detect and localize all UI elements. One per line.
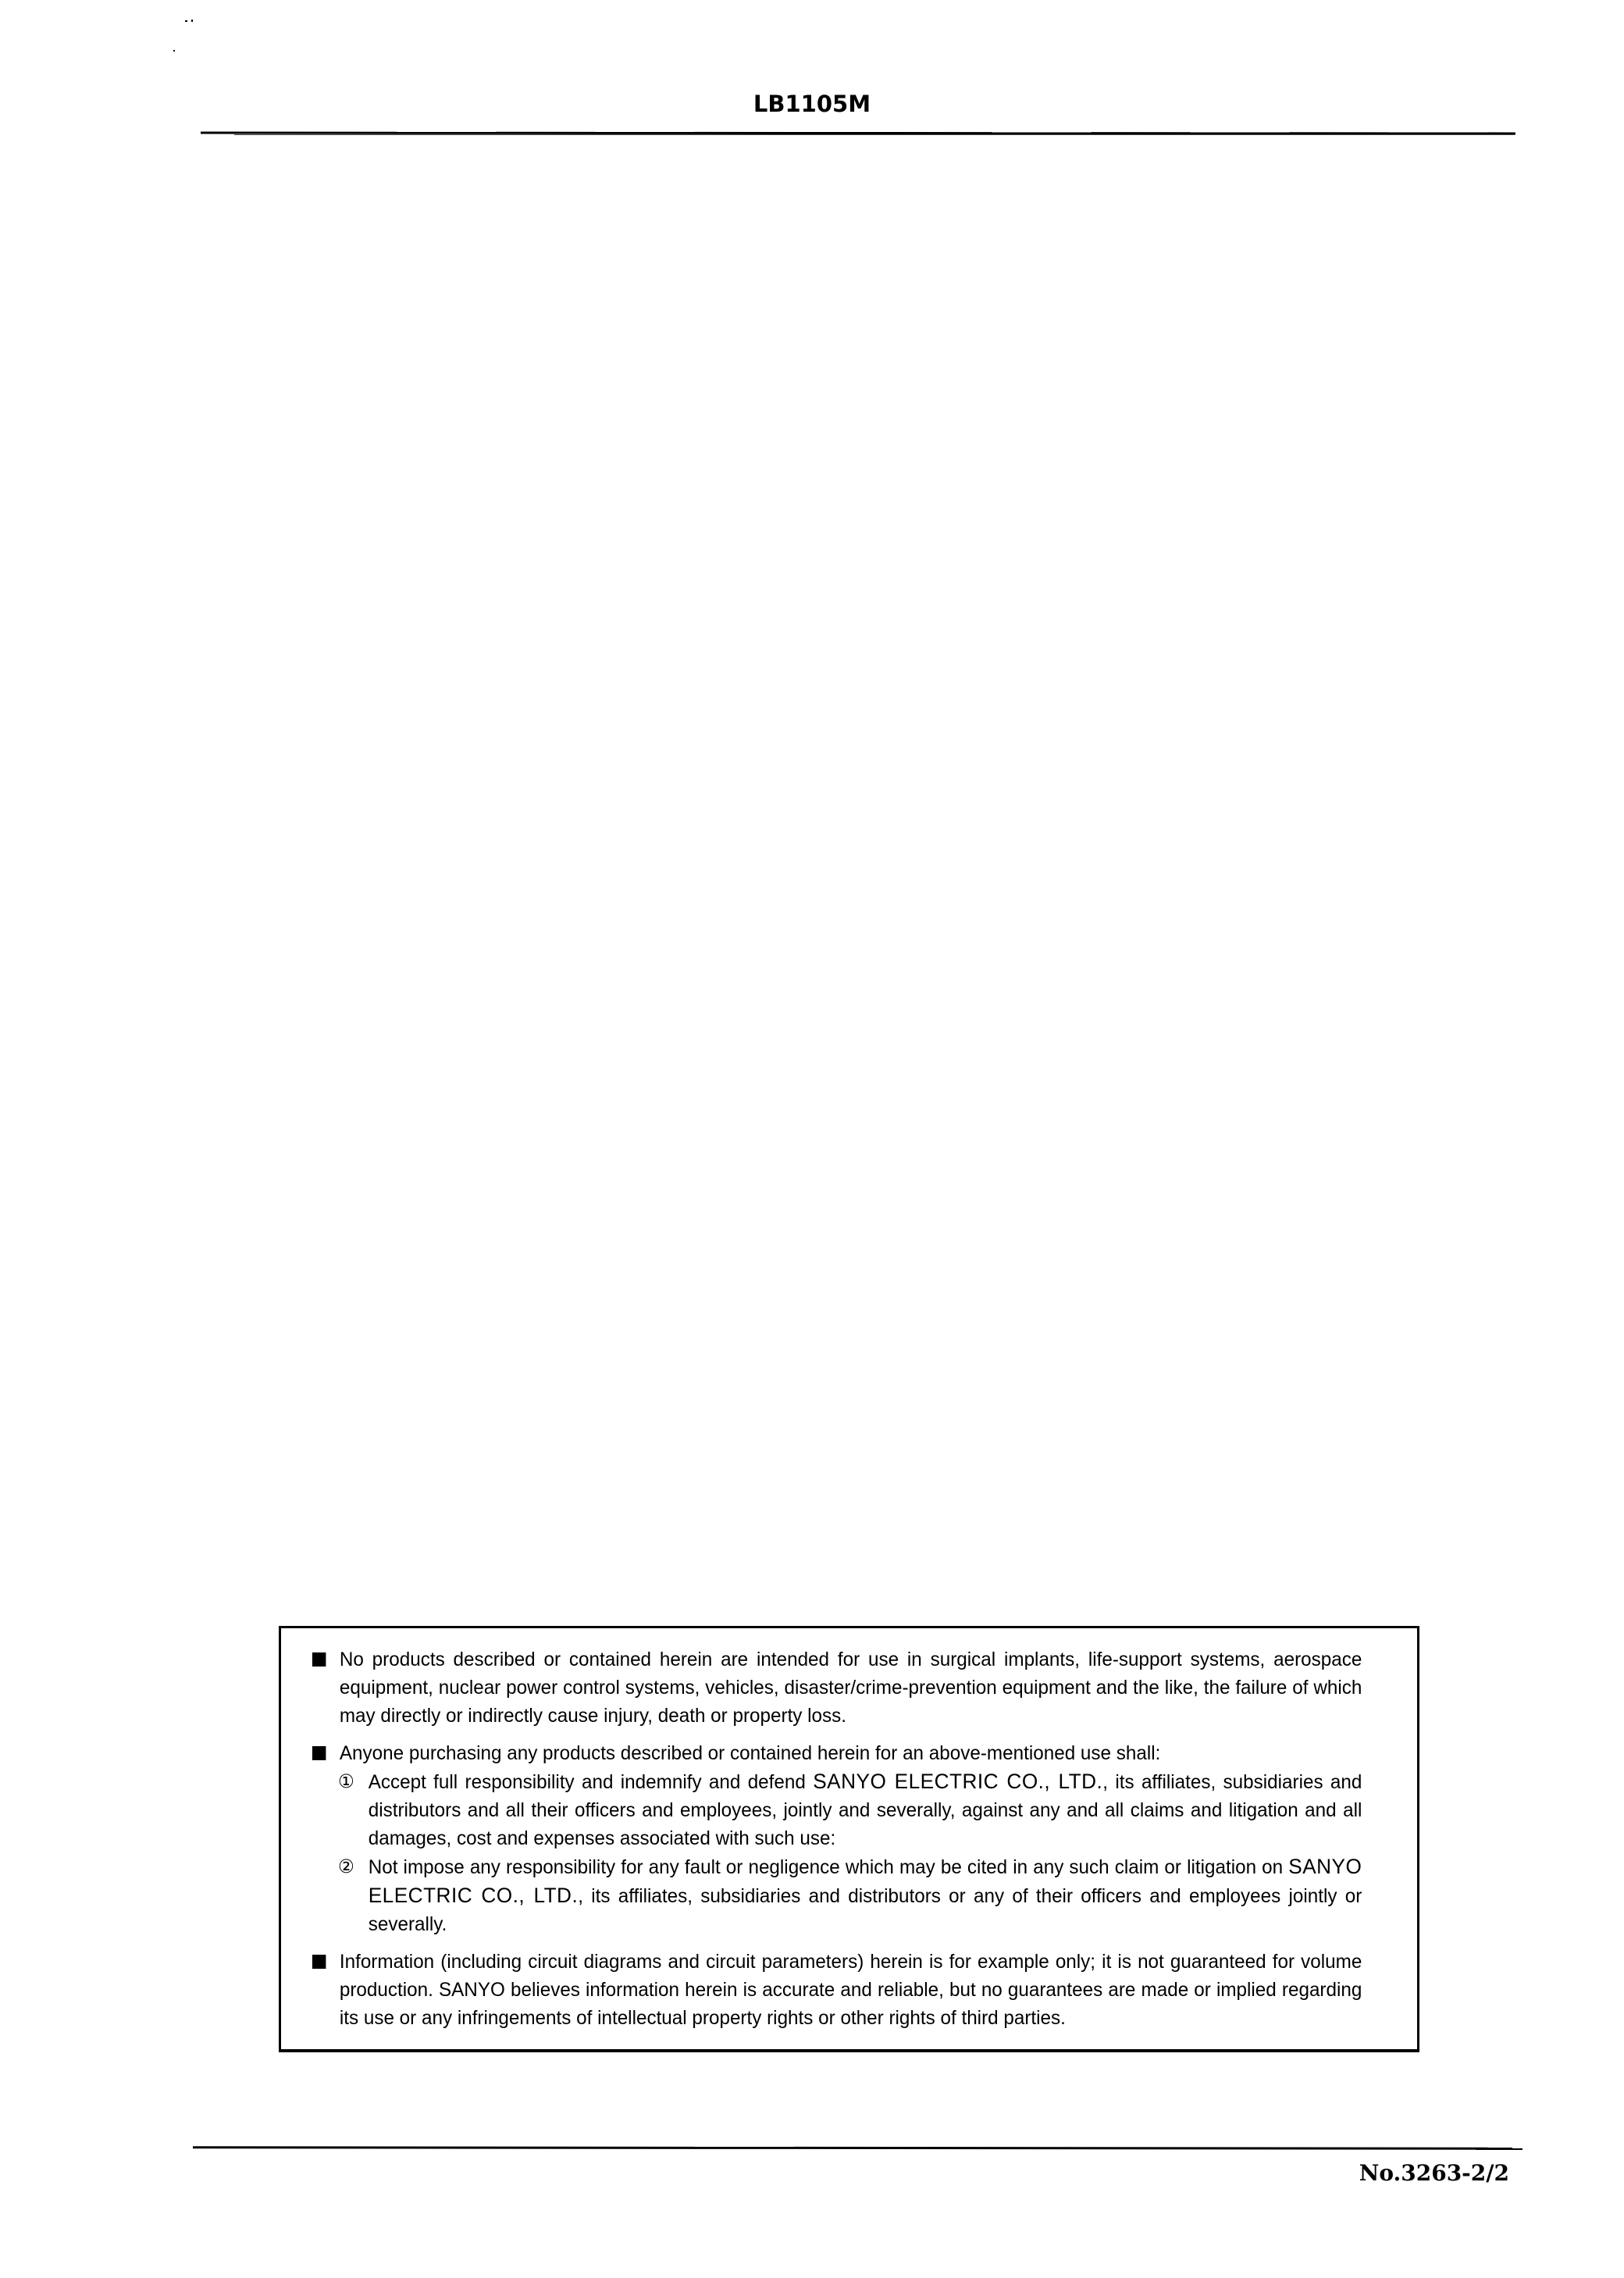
disclaimer-text: Information (including circuit diagrams … — [340, 1951, 1362, 2029]
scan-speck — [173, 50, 175, 52]
document-number: No.3263-2/2 — [1359, 2160, 1509, 2186]
footer-divider-end — [1476, 2148, 1522, 2150]
company-name: SANYO ELECTRIC CO., LTD. — [813, 1770, 1102, 1793]
obligations-list: ① Accept full responsibility and indemni… — [340, 1767, 1362, 1938]
circled-number-two-icon: ② — [338, 1852, 354, 1881]
disclaimer-text: No products described or contained herei… — [340, 1649, 1362, 1727]
page-title: LB1105M — [0, 91, 1624, 117]
disclaimer-paragraph: No products described or contained herei… — [311, 1645, 1362, 1730]
disclaimer-paragraph: Anyone purchasing any products described… — [311, 1739, 1362, 1938]
obligation-text: Not impose any responsibility for any fa… — [369, 1856, 1283, 1878]
circled-number-one-icon: ① — [338, 1767, 354, 1795]
footer-divider — [193, 2146, 1512, 2149]
obligation-item: ② Not impose any responsibility for any … — [311, 1852, 1362, 1938]
square-bullet-icon — [312, 1652, 326, 1667]
scan-speck — [185, 20, 187, 22]
disclaimer-notice-box: No products described or contained herei… — [279, 1626, 1419, 2052]
disclaimer-paragraph: Information (including circuit diagrams … — [311, 1948, 1362, 2032]
disclaimer-content: No products described or contained herei… — [311, 1645, 1362, 2032]
header-divider-shadow — [234, 134, 1515, 135]
obligation-text: Accept full responsibility and indemnify… — [369, 1771, 806, 1793]
scan-speck — [191, 20, 193, 22]
disclaimer-text: Anyone purchasing any products described… — [340, 1742, 1161, 1764]
square-bullet-icon — [312, 1955, 326, 1969]
square-bullet-icon — [312, 1746, 326, 1760]
obligation-item: ① Accept full responsibility and indemni… — [311, 1767, 1362, 1852]
